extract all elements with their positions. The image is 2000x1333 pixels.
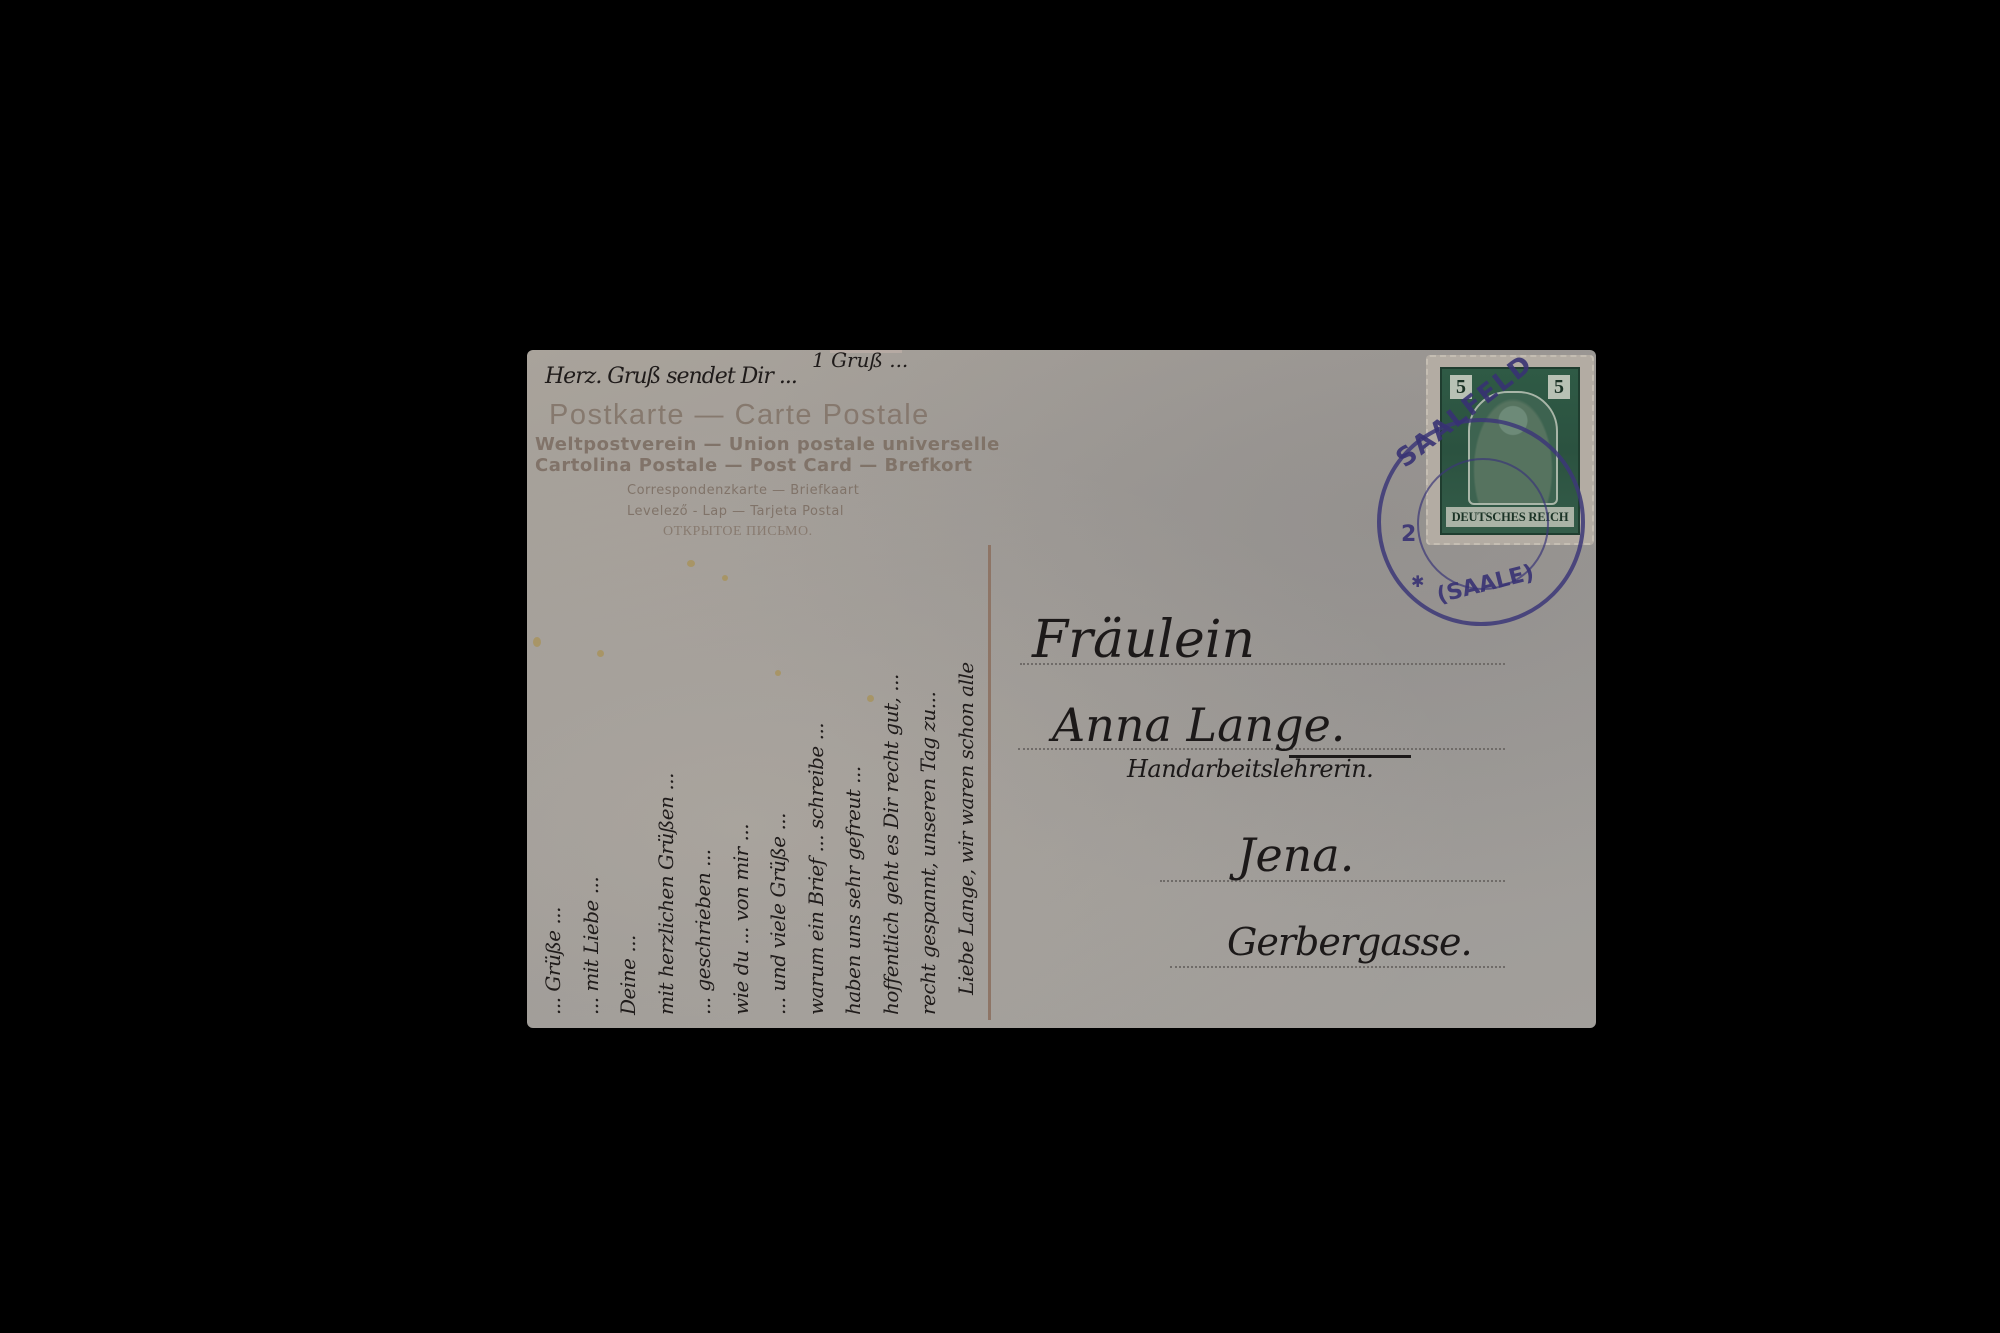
message-column: mit herzlichen Grüßen ... xyxy=(654,495,678,1015)
stain xyxy=(775,670,781,676)
address-street: Gerbergasse. xyxy=(1227,920,1472,964)
stain xyxy=(722,575,728,581)
stamp-value-right: 5 xyxy=(1548,375,1570,399)
message-column: warum ein Brief ... schreibe ... xyxy=(804,495,828,1015)
postmark-star-icon: ✱ xyxy=(1411,572,1424,591)
divider-line xyxy=(988,545,991,1020)
message-column: hoffentlich geht es Dir recht gut, ... xyxy=(879,495,903,1015)
stain xyxy=(687,560,695,567)
message-column: ... mit Liebe ... xyxy=(579,495,603,1015)
message-column: wie du ... von mir ... xyxy=(729,495,753,1015)
address-salutation: Fräulein xyxy=(1032,610,1255,670)
printed-line-2: Cartolina Postale — Post Card — Brefkort xyxy=(535,455,972,476)
message-column: ... und viele Grüße ... xyxy=(766,495,790,1015)
address-occupation: Handarbeitslehrerin. xyxy=(1127,755,1373,783)
stain xyxy=(533,637,541,647)
handwritten-top-line-2: 1 Gruß ... xyxy=(812,350,908,372)
stain xyxy=(597,650,604,657)
message-area: Liebe Lange, wir waren schon allerecht g… xyxy=(537,475,987,1025)
photo-stage: Postkarte — Carte Postale Weltpostverein… xyxy=(0,0,2000,1333)
printed-line-1: Weltpostverein — Union postale universel… xyxy=(535,434,1000,455)
handwritten-top-line: Herz. Gruß sendet Dir ... xyxy=(545,364,797,389)
message-column: Deine ... xyxy=(616,495,640,1015)
address-city: Jena. xyxy=(1237,828,1354,882)
message-column: haben uns sehr gefreut ... xyxy=(841,495,865,1015)
message-column: Liebe Lange, wir waren schon alle xyxy=(954,475,978,995)
postmark: SAALFELD 2 ✱ (SAALE) xyxy=(1377,418,1585,626)
postmark-date: 2 xyxy=(1401,522,1416,547)
message-column: ... geschrieben ... xyxy=(691,495,715,1015)
message-column: ... Grüße ... xyxy=(541,495,565,1015)
postcard: Postkarte — Carte Postale Weltpostverein… xyxy=(527,350,1596,1028)
address-dotted-line-4 xyxy=(1170,966,1505,968)
printed-title: Postkarte — Carte Postale xyxy=(549,399,930,432)
address-name: Anna Lange. xyxy=(1052,698,1345,752)
stain xyxy=(867,695,874,702)
message-column: recht gespannt, unseren Tag zu... xyxy=(916,495,940,1015)
